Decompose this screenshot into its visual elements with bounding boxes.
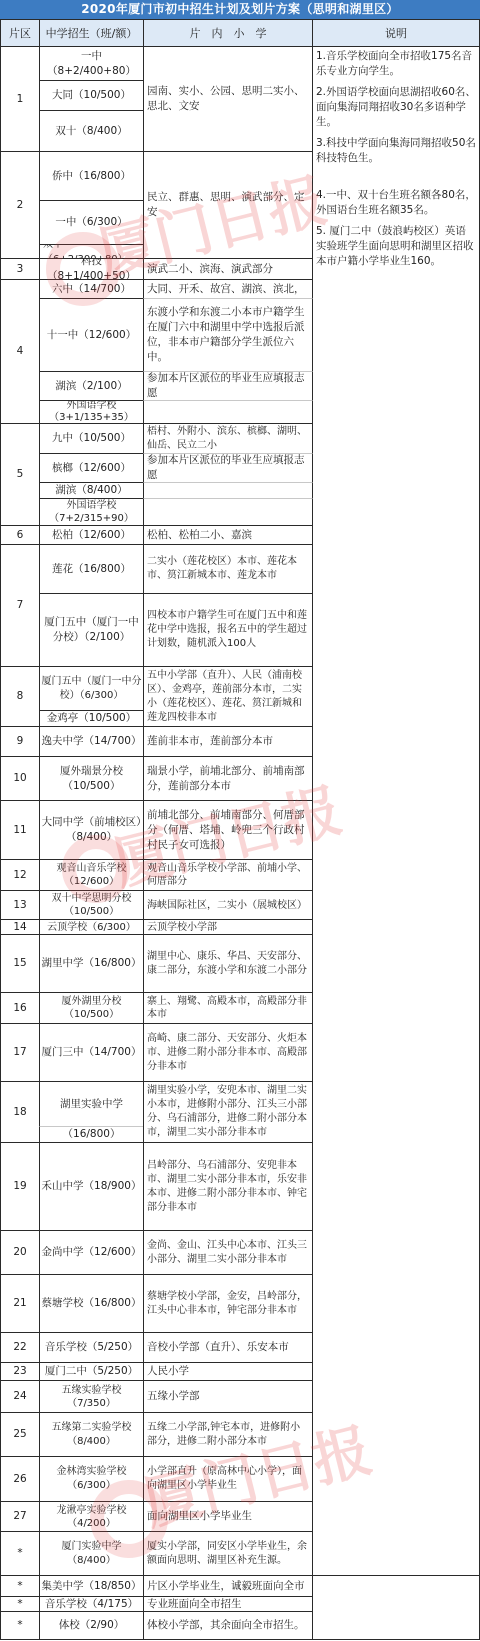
district-cell: 19 bbox=[0, 1142, 40, 1231]
school-cell: 湖里中学（16/800） bbox=[39, 934, 144, 993]
school-cell: 外国语学校（3+1/135+35） bbox=[39, 400, 144, 424]
primary-cell: 松柏、松柏二小、嘉滨 bbox=[143, 525, 313, 545]
school-cell: 大同（10/500） bbox=[39, 80, 144, 111]
district-cell: 2 bbox=[0, 151, 40, 259]
primary-cell: 五缘二小学部,钟宅本市，进修附小部分，进修二附小部分本市 bbox=[143, 1412, 313, 1457]
school-cell: 五缘实验学校（7/350） bbox=[39, 1380, 144, 1413]
note-2: 2.外国语学校面向思湖招收60名、面向集海同翔招收30名多语种学生。 bbox=[316, 85, 476, 130]
primary-cell: 民立、群惠、思明、演武部分、定安 bbox=[143, 151, 313, 259]
primary-cell: 大同、开禾、故宫、湖滨、滨北， bbox=[143, 279, 313, 299]
primary-cell: 东渡小学和东渡二小本市户籍学生在厦门六中和湖里中学中选报后派位，非本市户籍部分学… bbox=[143, 298, 313, 372]
school-cell: 湖滨（2/100） bbox=[39, 371, 144, 401]
school-cell: 龙湫亭实验学校（4/200） bbox=[39, 1501, 144, 1532]
school-cell: 十一中（12/600） bbox=[39, 298, 144, 372]
district-cell: 18 bbox=[0, 1081, 40, 1143]
district-cell: * bbox=[0, 1575, 40, 1597]
district-cell: 15 bbox=[0, 934, 40, 993]
primary-cell bbox=[143, 400, 313, 424]
district-cell: 4 bbox=[0, 279, 40, 424]
district-cell: 26 bbox=[0, 1456, 40, 1502]
school-cell: 蔡塘学校（16/800） bbox=[39, 1274, 144, 1333]
primary-cell: 瑞景小学，前埔北部分、前埔南部分，莲前部分本市 bbox=[143, 756, 313, 801]
school-cell: 双十（6+2/300+80） bbox=[39, 244, 144, 259]
note-5: 5. 厦门二中（鼓浪屿校区）英语实验班学生面向思明和湖里区招收本市户籍小学毕业生… bbox=[316, 224, 476, 269]
district-cell: 20 bbox=[0, 1230, 40, 1275]
primary-cell: 片区小学毕业生，诚毅班面向全市 bbox=[143, 1575, 313, 1597]
school-cell: 观音山音乐学校（12/600） bbox=[39, 859, 144, 891]
school-cell: 厦门三中（14/700） bbox=[39, 1023, 144, 1082]
district-cell: 8 bbox=[0, 666, 40, 727]
primary-cell: 金尚、金山、江头中心本市、江头三小部分、湖里二实小部分非本市 bbox=[143, 1230, 313, 1275]
school-cell: 厦门五中（厦门一中分校）（2/100） bbox=[39, 593, 144, 667]
school-cell: 集美中学（18/850） bbox=[39, 1575, 144, 1597]
district-cell: 5 bbox=[0, 423, 40, 526]
district-cell: 13 bbox=[0, 890, 40, 920]
district-cell: 10 bbox=[0, 756, 40, 801]
district-cell: 3 bbox=[0, 258, 40, 280]
primary-cell bbox=[143, 482, 313, 499]
school-cell: 一中（6/300） bbox=[39, 200, 144, 245]
school-cell: 逸夫中学（14/700） bbox=[39, 726, 144, 757]
district-cell: 9 bbox=[0, 726, 40, 757]
primary-cell: 蔡塘学校小学部，金安，吕岭部分，江头中心非本市，钟宅部分非本市 bbox=[143, 1274, 313, 1333]
primary-cell: 湖里中心、康乐、华昌、天安部分、康二部分，东渡小学和东渡二小部分 bbox=[143, 934, 313, 993]
district-cell: * bbox=[0, 1596, 40, 1612]
primary-cell: 音校小学部（直升）、乐安本市 bbox=[143, 1332, 313, 1363]
district-cell: 17 bbox=[0, 1023, 40, 1082]
primary-cell: 演武二小、滨海、演武部分 bbox=[143, 258, 313, 280]
school-cell: 槟榔（12/600） bbox=[39, 453, 144, 483]
district-cell: 27 bbox=[0, 1501, 40, 1532]
primary-cell: 二实小（莲花校区）本市、莲花本市、筼江新城本市、莲龙本市 bbox=[143, 544, 313, 594]
primary-cell: 观音山音乐学校小学部、前埔小学、何厝部分 bbox=[143, 859, 313, 891]
primary-cell bbox=[143, 498, 313, 526]
primary-cell: 高崎、康二部分、天安部分、火炬本市、进修二附小部分非本市、高殿部分非本市 bbox=[143, 1023, 313, 1082]
header-middle-school: 中学招生（班/额） bbox=[39, 19, 144, 47]
primary-cell: 面向湖里区小学毕业生 bbox=[143, 1501, 313, 1532]
header-notes: 说明 bbox=[312, 19, 480, 47]
primary-cell: 参加本片区派位的毕业生应填报志愿 bbox=[143, 453, 313, 483]
primary-cell: 莲前非本市，莲前部分本市 bbox=[143, 726, 313, 757]
header-district: 片区 bbox=[0, 19, 40, 47]
school-cell: 松柏（12/600） bbox=[39, 525, 144, 545]
school-cell: 厦门实验中学（8/400） bbox=[39, 1531, 144, 1576]
primary-cell: 厦实小学部，同安区小学毕业生，余额面向思明、湖里区补充生源。 bbox=[143, 1531, 313, 1576]
header-primary-schools: 片 内 小 学 bbox=[143, 19, 313, 47]
district-cell: 25 bbox=[0, 1412, 40, 1457]
school-cell: 厦外瑞景分校（10/500） bbox=[39, 756, 144, 801]
note-1: 1.音乐学校面向全市招收175名音乐专业方向学生。 bbox=[316, 49, 476, 79]
district-cell: 1 bbox=[0, 46, 40, 152]
school-cell: 云顶学校（6/300） bbox=[39, 919, 144, 935]
primary-cell: 云顶学校小学部 bbox=[143, 919, 313, 935]
school-cell: 外国语学校（7+2/315+90） bbox=[39, 498, 144, 526]
school-cell: 厦门二中（5/250） bbox=[39, 1362, 144, 1381]
school-cell: 一中（8+2/400+80） bbox=[39, 46, 144, 81]
school-cell: 禾山中学（18/900） bbox=[39, 1142, 144, 1231]
school-cell: 湖里实验中学 bbox=[39, 1081, 144, 1127]
primary-cell: 梧村、外附小、滨东、槟榔、湖明、仙岳、民立二小 bbox=[143, 423, 313, 454]
notes-cell-empty bbox=[312, 1575, 480, 1640]
primary-cell: 园南、实小、公园、思明二实小、思北、文安 bbox=[143, 46, 313, 152]
school-cell: 音乐学校（5/250） bbox=[39, 1332, 144, 1363]
district-cell: 16 bbox=[0, 992, 40, 1024]
district-cell: 6 bbox=[0, 525, 40, 545]
district-cell: 24 bbox=[0, 1380, 40, 1413]
school-cell: 厦门五中（厦门一中分校）（6/300） bbox=[39, 666, 144, 711]
note-3: 3.科技中学面向集海同翔招收50名科技特色生。 bbox=[316, 136, 476, 166]
school-cell: 大同中学（前埔校区）（8/400） bbox=[39, 800, 144, 860]
table-title: 2020年厦门市初中招生计划及划片方案（思明和湖里区） bbox=[0, 0, 480, 19]
school-cell: 双十（8/400） bbox=[39, 110, 144, 152]
school-cell: 五缘第二实验学校（8/400） bbox=[39, 1412, 144, 1457]
primary-cell: 四校本市户籍学生可在厦门五中和莲花中学中选报，报名五中的学生超过计划数，随机派入… bbox=[143, 593, 313, 667]
notes-cell: 1.音乐学校面向全市招收175名音乐专业方向学生。 2.外国语学校面向思湖招收6… bbox=[312, 46, 480, 1576]
school-cell: 六中（14/700） bbox=[39, 279, 144, 299]
primary-cell: 寨上、翔鹭、高殿本市，高殿部分非本市 bbox=[143, 992, 313, 1024]
district-cell: 22 bbox=[0, 1332, 40, 1363]
primary-cell: 吕岭部分、乌石浦部分、安兜非本市、湖里二实小部分非本市，乐安非本市、进修二附小部… bbox=[143, 1142, 313, 1231]
district-cell: 23 bbox=[0, 1362, 40, 1381]
primary-cell: 小学部直升（原高林中心小学），面向湖里区小学毕业生 bbox=[143, 1456, 313, 1502]
school-cell: 金林湾实验学校（6/300） bbox=[39, 1456, 144, 1502]
school-cell: 莲花（16/800） bbox=[39, 544, 144, 594]
school-cell: 科技（8+1/400+50） bbox=[39, 258, 144, 280]
primary-cell: 体校小学部，其余面向全市招生。 bbox=[143, 1611, 313, 1640]
school-cell: 侨中（16/800） bbox=[39, 151, 144, 201]
primary-cell: 五中小学部（直升）、人民（浦南校区）、金鸡亭，莲前部分本市，二实小（莲花校区）、… bbox=[143, 666, 313, 727]
primary-cell: 前埔北部分、前埔南部分、何厝部分（何厝、塔埔、岭兜三个行政村村民子女可选报） bbox=[143, 800, 313, 860]
school-cell: 双十中学思明分校（10/500） bbox=[39, 890, 144, 920]
district-cell: 7 bbox=[0, 544, 40, 667]
primary-cell: 海峡国际社区，二实小（展城校区） bbox=[143, 890, 313, 920]
school-cell: 湖滨（8/400） bbox=[39, 482, 144, 499]
district-cell: 11 bbox=[0, 800, 40, 860]
school-cell: 厦外湖里分校（10/500） bbox=[39, 992, 144, 1024]
primary-cell: 人民小学 bbox=[143, 1362, 313, 1381]
school-cell: 音乐学校（4/175） bbox=[39, 1596, 144, 1612]
primary-cell: 专业班面向全市招生 bbox=[143, 1596, 313, 1612]
school-cell: 九中（10/500） bbox=[39, 423, 144, 454]
note-4: 4.一中、双十台生班名额各80名，外国语台生班名额35名。 bbox=[316, 188, 476, 218]
district-cell: 14 bbox=[0, 919, 40, 935]
school-cell: （16/800） bbox=[39, 1126, 144, 1143]
primary-cell: 湖里实验小学，安兜本市、湖里二实小本市，进修附小部分、江头三小部分、乌石浦部分，… bbox=[143, 1081, 313, 1143]
school-cell: 金尚中学（12/600） bbox=[39, 1230, 144, 1275]
district-cell: * bbox=[0, 1611, 40, 1640]
district-cell: 21 bbox=[0, 1274, 40, 1333]
school-cell: 金鸡亭（10/500） bbox=[39, 710, 144, 727]
primary-cell: 五缘小学部 bbox=[143, 1380, 313, 1413]
primary-cell: 参加本片区派位的毕业生应填报志愿 bbox=[143, 371, 313, 401]
school-cell: 体校（2/90） bbox=[39, 1611, 144, 1640]
district-cell: * bbox=[0, 1531, 40, 1576]
district-cell: 12 bbox=[0, 859, 40, 891]
